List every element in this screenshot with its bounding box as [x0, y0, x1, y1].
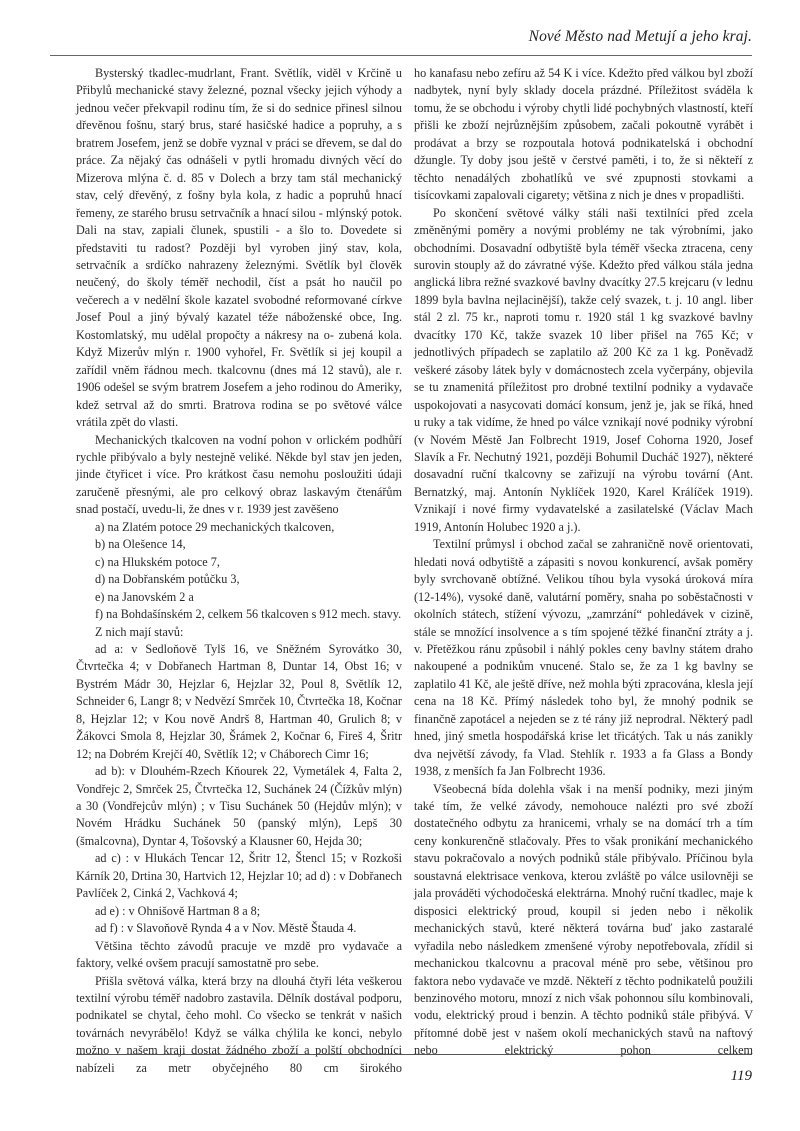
list-item-d: d) na Dobřanském potůčku 3, [76, 571, 402, 588]
paragraph-staves-intro: Z nich mají stavů: [76, 624, 402, 641]
detail-ad-b: ad b): v Dlouhém-Rzech Kňourek 22, Vymet… [76, 763, 402, 850]
paragraph-general-poverty: Všeobecná bída dolehla však i na menší p… [414, 781, 753, 1060]
paragraph-factors: Většina těchto závodů pracuje ve mzdě pr… [76, 938, 402, 973]
list-item-c: c) na Hlukském potoce 7, [76, 554, 402, 571]
list-item-f: f) na Bohdašínském 2, celkem 56 tkalcove… [76, 606, 402, 623]
left-column: Bysterský tkadlec-mudrlant, Frant. Světl… [76, 65, 402, 1077]
paragraph-continuation: ho kanafasu nebo zefíru až 54 K i více. … [414, 65, 753, 205]
detail-ad-e: ad e) : v Ohnišově Hartman 8 a 8; [76, 903, 402, 920]
list-item-b: b) na Olešence 14, [76, 536, 402, 553]
list-item-e: e) na Janovském 2 a [76, 589, 402, 606]
running-header-title: Nové Město nad Metují a jeho kraj. [529, 28, 752, 46]
paragraph-svetlik: Bysterský tkadlec-mudrlant, Frant. Světl… [76, 65, 402, 432]
right-column: ho kanafasu nebo zefíru až 54 K i více. … [414, 65, 753, 1060]
paragraph-post-war: Po skončení světové války stáli naši tex… [414, 205, 753, 537]
footer-rule [76, 1054, 752, 1055]
paragraph-textile-industry: Textilní průmysl i obchod začal se zahra… [414, 536, 753, 780]
detail-ad-a: ad a: v Sedloňově Tylš 16, ve Sněžném Sy… [76, 641, 402, 763]
paragraph-world-war: Přišla světová válka, která brzy na dlou… [76, 973, 402, 1078]
detail-ad-c-d: ad c) : v Hlukách Tencar 12, Šritr 12, Š… [76, 850, 402, 902]
paragraph-mechanical-weaving: Mechanických tkalcoven na vodní pohon v … [76, 432, 402, 519]
detail-ad-f: ad f) : v Slavoňově Rynda 4 a v Nov. Měs… [76, 920, 402, 937]
page-number: 119 [731, 1068, 752, 1085]
list-item-a: a) na Zlatém potoce 29 mechanických tkal… [76, 519, 402, 536]
header-rule [50, 55, 752, 56]
